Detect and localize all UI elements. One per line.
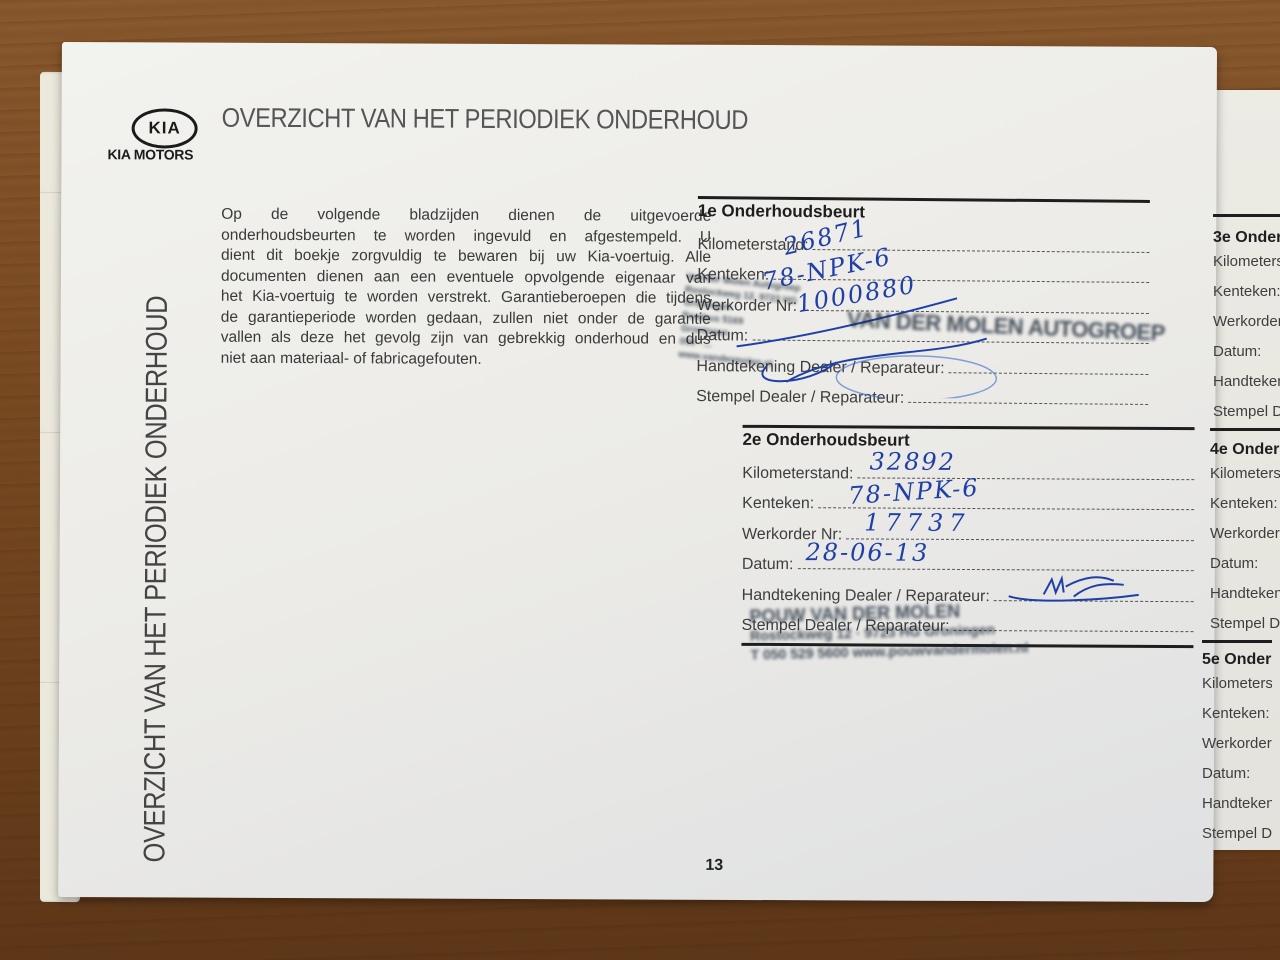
side-fields: Kilometerstand:Kenteken:Werkorder Nr:Dat… [1210,459,1280,639]
service-block-3: 3e Onderhoudsbeurt Kilometerstand:Kentek… [1213,214,1280,427]
intro-line: Op de volgende bladzijden dienen de uitg… [221,205,711,228]
side-field-label: Kilometerstand: [1210,459,1280,489]
service-heading: 5e Onderhoudsbeurt [1202,651,1272,669]
side-field-label: Stempel Dealer [1213,397,1280,427]
intro-line: de garantieperiode worden gedaan, zullen… [221,307,711,330]
side-field-label: Handtekening [1213,367,1280,397]
side-field-label: Stempel Dealer [1202,819,1272,849]
intro-line: vallen als deze het gevolg zijn van gebr… [221,328,711,351]
service-block-4: 4e Onderhoudsbeurt Kilometerstand:Kentek… [1210,428,1280,639]
side-field-label: Kenteken: [1210,489,1280,519]
dealer-stamp-2: POUW VAN DER MOLENRostockweg 12 · 9723 H… [749,600,1028,664]
side-field-label: Datum: [1213,337,1280,367]
service-heading: 3e Onderhoudsbeurt [1213,229,1280,247]
intro-line: documenten dienen aan een eventuele opvo… [221,266,711,289]
kia-logo: KIA [132,108,198,148]
side-field-label: Stempel Dealer [1210,609,1280,639]
stamp-input-line[interactable] [908,401,1148,405]
intro-line: dient dit boekje zorgvuldig te bewaren b… [221,246,711,269]
intro-line: niet aan materiaal- of fabricagefouten. [221,348,711,371]
field-date: Datum: 28-06-13 [742,543,1194,576]
side-fields: Kilometerstand:Kenteken:Werkorder Nr:Dat… [1202,669,1272,849]
intro-paragraph: Op de volgende bladzijden dienen de uitg… [221,205,712,371]
side-field-label: Kenteken: [1202,699,1272,729]
side-title: OVERZICHT VAN HET PERIODIEK ONDERHOUD [138,196,175,863]
handwritten-order: 17737 [864,508,971,537]
side-field-label: Kenteken: [1213,277,1280,307]
handwritten-km: 32892 [869,447,956,475]
date-input-line[interactable]: 28-06-13 [797,567,1193,571]
side-field-label: Kilometerstand: [1213,247,1280,277]
side-field-label: Handtekening [1210,579,1280,609]
service-heading: 4e Onderhoudsbeurt [1210,441,1280,459]
side-field-label: Werkorder Nr: [1210,519,1280,549]
side-field-label: Werkorder Nr: [1213,307,1280,337]
field-label: Kenteken: [742,495,818,513]
side-field-label: Handtekening [1202,789,1272,819]
dealer-address-stamp: Van der Molen AutogroepRostockweg 12, 97… [678,270,802,372]
field-label: Kilometerstand: [742,464,857,483]
service-block-5: 5e Onderhoudsbeurt Kilometerstand:Kentek… [1202,640,1272,849]
page-number: 13 [705,857,723,875]
block-divider [1213,214,1280,217]
block-divider [1210,428,1280,431]
side-field-label: Kilometerstand: [1202,669,1272,699]
intro-line: het Kia-voertuig te worden verstrekt. Ga… [221,287,711,310]
handwritten-date: 28-06-13 [805,538,929,567]
page-title: OVERZICHT VAN HET PERIODIEK ONDERHOUD [222,103,748,136]
field-label: Datum: [742,556,798,574]
block-divider [1202,640,1272,643]
logo-text: KIA [148,118,180,138]
side-field-label: Datum: [1202,759,1272,789]
field-km: Kilometerstand: 26871 [697,223,1149,257]
side-field-label: Werkorder Nr: [1202,729,1272,759]
brand-name: KIA MOTORS [107,146,193,162]
intro-line: onderhoudsbeurten te worden ingevuld en … [221,225,711,248]
side-title-text: OVERZICHT VAN HET PERIODIEK ONDERHOUD [138,296,174,863]
service-heading: 2e Onderhoudsbeurt [742,430,1194,454]
side-fields: Kilometerstand:Kenteken:Werkorder Nr:Dat… [1213,247,1280,427]
side-field-label: Datum: [1210,549,1280,579]
